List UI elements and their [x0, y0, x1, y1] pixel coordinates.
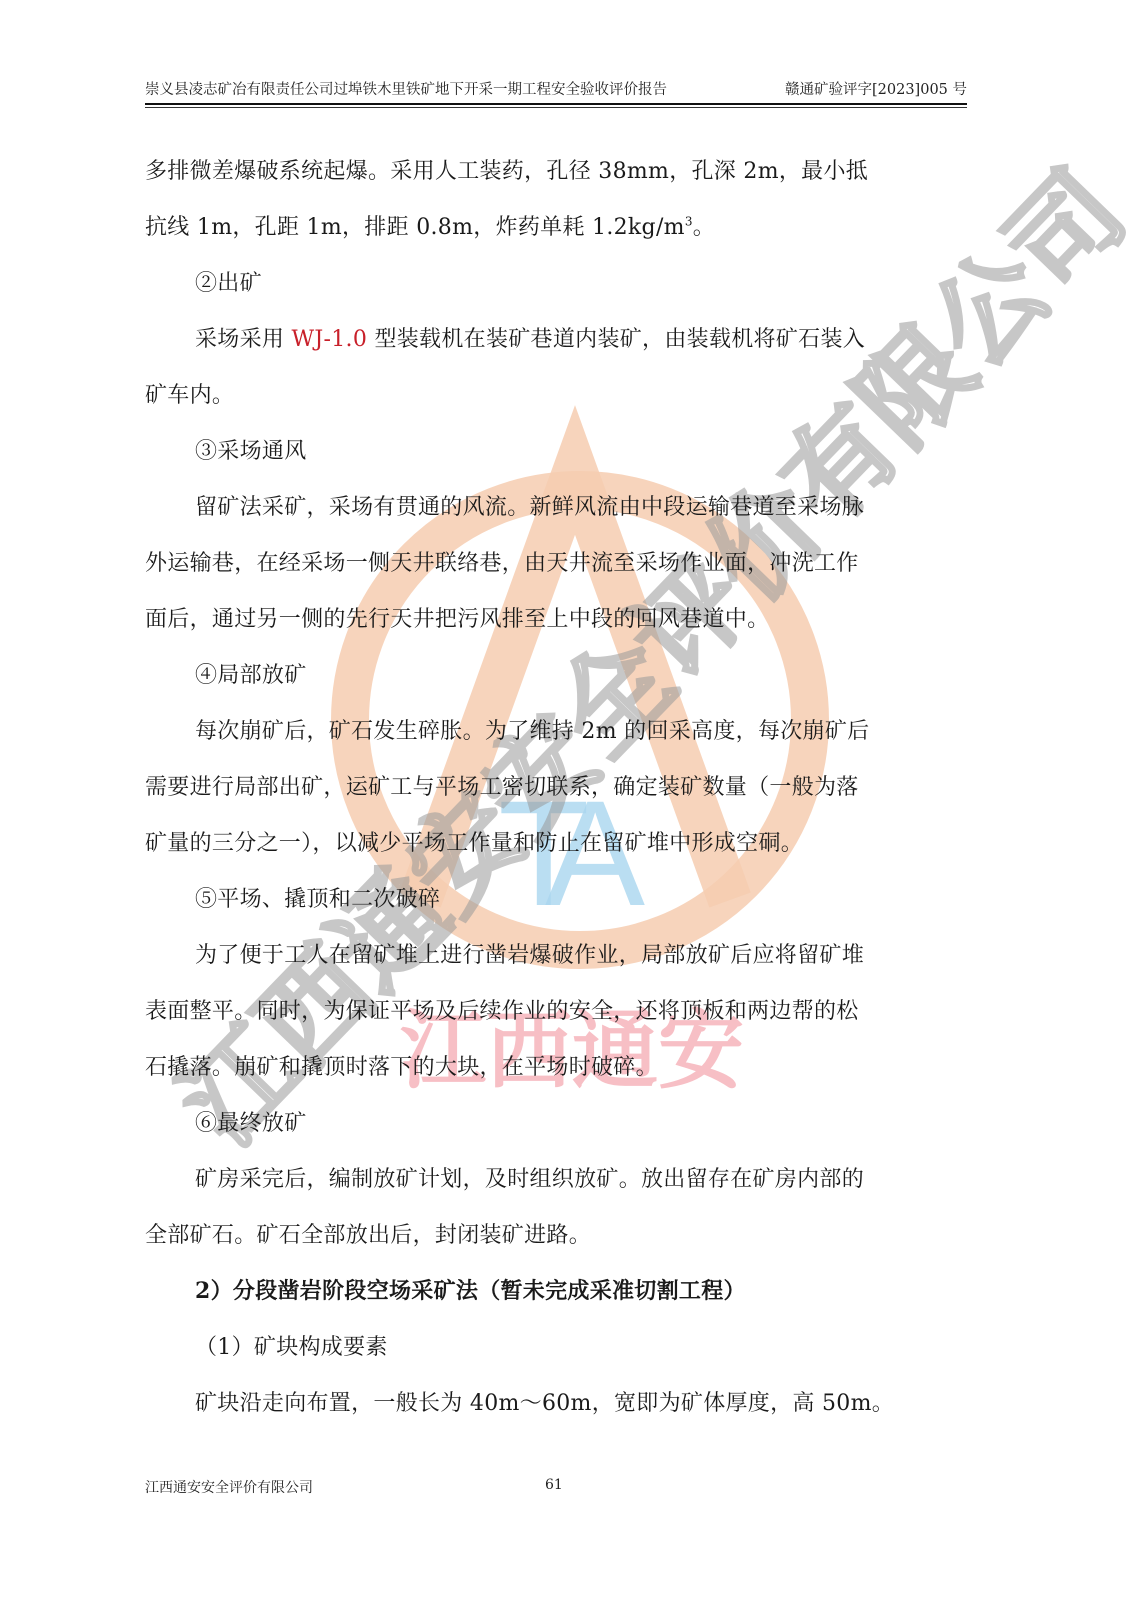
subheading-ventilation: ③采场通风: [195, 434, 307, 465]
paragraph-line: 为了便于工人在留矿堆上进行凿岩爆破作业，局部放矿后应将留矿堆: [195, 938, 864, 969]
header-rule-thin: [145, 107, 967, 108]
equipment-model: WJ-1.0: [292, 327, 368, 352]
paragraph-line: 多排微差爆破系统起爆。采用人工装药，孔径 38mm，孔深 2m，最小抵: [145, 154, 868, 185]
paragraph-line: 矿车内。: [145, 378, 234, 409]
page-footer: 江西通安安全评价有限公司 61: [145, 1477, 967, 1497]
header-doc-number: 赣通矿验评字[2023]005 号: [785, 78, 967, 99]
paragraph-line: 石撬落。崩矿和撬顶时落下的大块，在平场时破碎。: [145, 1050, 658, 1081]
paragraph-line: 抗线 1m，孔距 1m，排距 0.8m，炸药单耗 1.2kg/m3。: [145, 210, 715, 241]
subheading-final-drawing: ⑥最终放矿: [195, 1106, 307, 1137]
paragraph-line: 面后，通过另一侧的先行天井把污风排至上中段的回风巷道中。: [145, 602, 769, 633]
paragraph-line: 需要进行局部出矿，运矿工与平场工密切联系，确定装矿数量（一般为落: [145, 770, 859, 801]
subheading-ore-drawing: ②出矿: [195, 266, 262, 297]
page-number: 61: [545, 1477, 563, 1493]
paragraph-line: 采场采用 WJ-1.0 型装载机在装矿巷道内装矿，由装载机将矿石装入: [195, 322, 865, 353]
subsection-heading: （1）矿块构成要素: [195, 1330, 388, 1361]
paragraph-line: 矿量的三分之一），以减少平场工作量和防止在留矿堆中形成空硐。: [145, 826, 803, 857]
paragraph-line: 外运输巷，在经采场一侧天井联络巷，由天井流至采场作业面，冲洗工作: [145, 546, 859, 577]
page-header: 崇义县凌志矿冶有限责任公司过埠铁木里铁矿地下开采一期工程安全验收评价报告 赣通矿…: [145, 78, 967, 102]
paragraph-line: 矿块沿走向布置，一般长为 40m～60m，宽即为矿体厚度，高 50m。: [195, 1386, 894, 1417]
section-heading: 2）分段凿岩阶段空场采矿法（暂未完成采准切割工程）: [195, 1274, 746, 1305]
paragraph-line: 全部矿石。矿石全部放出后，封闭装矿进路。: [145, 1218, 591, 1249]
paragraph-line: 表面整平。同时，为保证平场及后续作业的安全，还将顶板和两边帮的松: [145, 994, 859, 1025]
header-rule: [145, 103, 967, 105]
subheading-leveling: ⑤平场、撬顶和二次破碎: [195, 882, 440, 913]
paragraph-line: 矿房采完后，编制放矿计划，及时组织放矿。放出留存在矿房内部的: [195, 1162, 864, 1193]
header-title: 崇义县凌志矿冶有限责任公司过埠铁木里铁矿地下开采一期工程安全验收评价报告: [145, 78, 667, 99]
footer-company: 江西通安安全评价有限公司: [145, 1477, 313, 1497]
paragraph-line: 留矿法采矿，采场有贯通的风流。新鲜风流由中段运输巷道至采场脉: [195, 490, 864, 521]
paragraph-line: 每次崩矿后，矿石发生碎胀。为了维持 2m 的回采高度，每次崩矿后: [195, 714, 869, 745]
subheading-partial-drawing: ④局部放矿: [195, 658, 307, 689]
